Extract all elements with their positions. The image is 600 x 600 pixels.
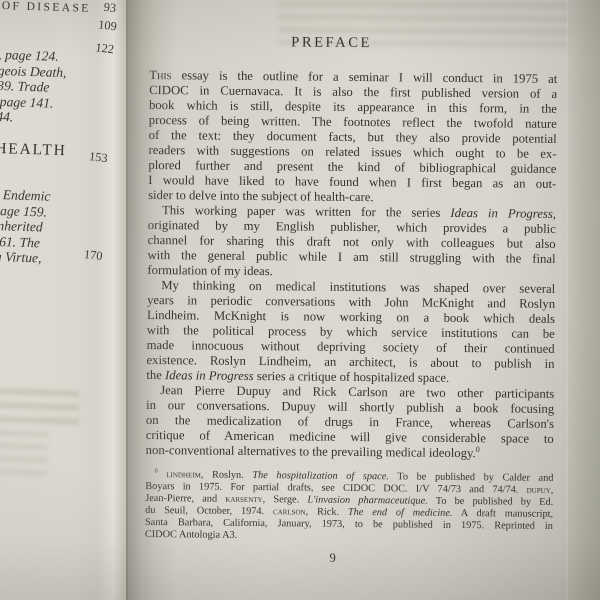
toc-page-number: 170 [83, 247, 103, 264]
preface-paragraph-4: Jean Pierre Dupuy and Rick Carlson are t… [146, 383, 555, 462]
toc-page-number: 109 [97, 17, 117, 34]
showthrough-text [0, 388, 80, 427]
toc-entries-block-1: , page 124.geois Death,39. Tradepage 141… [0, 47, 67, 127]
toc-section-heading-fragment: HEALTH [0, 140, 67, 160]
showthrough-text [0, 430, 48, 484]
preface-paragraph-2: This working paper was written for the s… [147, 203, 556, 282]
text-line: a Virtue, [0, 249, 49, 266]
toc-page-number: 122 [95, 40, 115, 57]
text-line: page 159. [0, 202, 50, 219]
text-line: Endemic [3, 187, 51, 204]
toc-heading-fragment: OF DISEASE [2, 0, 91, 15]
page-number: 9 [129, 548, 537, 567]
page-title: PREFACE [128, 33, 536, 54]
text-line: Inherited [0, 218, 50, 235]
text-line: 161. The [0, 233, 49, 250]
right-page: PREFACE This essay is the outline for a … [128, 0, 600, 600]
footnote: 0 lindheim, Roslyn. The hospitalization … [145, 469, 554, 545]
left-page-surface: OF DISEASE , page 124.geois Death,39. Tr… [0, 0, 132, 600]
toc-page-number: 153 [88, 149, 108, 166]
preface-paragraph-1: This essay is the outline for a seminar … [148, 68, 557, 207]
text-line: 44. [0, 109, 65, 127]
toc-page-number: 93 [103, 0, 117, 16]
preface-content: PREFACE This essay is the outline for a … [145, 0, 558, 567]
left-page: OF DISEASE , page 124.geois Death,39. Tr… [0, 0, 132, 600]
preface-paragraph-3: My thinking on medical institutions was … [146, 278, 555, 387]
book-photo: OF DISEASE , page 124.geois Death,39. Tr… [0, 0, 600, 600]
toc-entries-block-2: Endemicpage 159.Inherited161. Thea Virtu… [0, 187, 51, 266]
